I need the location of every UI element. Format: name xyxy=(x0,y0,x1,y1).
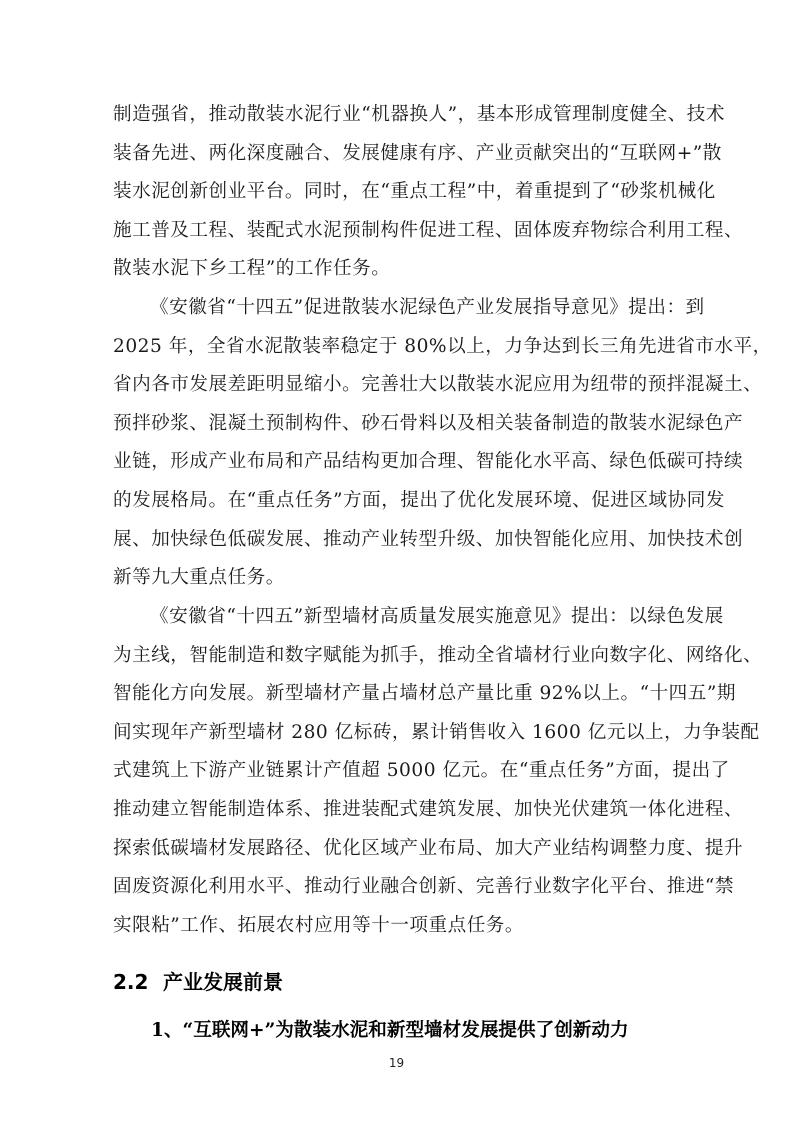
subheading: 1、“互联网+”为散装水泥和新型墙材发展提供了创新动力 xyxy=(151,1016,629,1042)
text-line: 推动建立智能制造体系、推进装配式建筑发展、加快光伏建筑一体化进程、 xyxy=(113,791,681,830)
text-line: 《安徽省“十四五”新型墙材高质量发展实施意见》提出：以绿色发展 xyxy=(113,598,681,637)
document-page: 制造强省，推动散装水泥行业“机器换人”，基本形成管理制度健全、技术 装备先进、两… xyxy=(0,0,793,1122)
section-heading: 2.2产业发展前景 xyxy=(113,966,283,995)
text-line: 式建筑上下游产业链累计产值超 5000 亿元。在“重点任务”方面，提出了 xyxy=(113,752,681,791)
text-line: 展、加快绿色低碳发展、推动产业转型升级、加快智能化应用、加快技术创 xyxy=(113,521,681,560)
text-line: 实限粘”工作、拓展农村应用等十一项重点任务。 xyxy=(113,907,681,946)
text-line: 智能化方向发展。新型墙材产量占墙材总产量比重 92%以上。“十四五”期 xyxy=(113,675,681,714)
paragraph-3: 《安徽省“十四五”新型墙材高质量发展实施意见》提出：以绿色发展 为主线，智能制造… xyxy=(113,598,681,945)
page-number: 19 xyxy=(0,1056,793,1070)
text-line: 固废资源化利用水平、推动行业融合创新、完善行业数字化平台、推进“禁 xyxy=(113,868,681,907)
text-line: 装备先进、两化深度融合、发展健康有序、产业贡献突出的“互联网+”散 xyxy=(113,135,681,174)
text-line: 新等九大重点任务。 xyxy=(113,559,681,598)
text-line: 施工普及工程、装配式水泥预制构件促进工程、固体废弃物综合利用工程、 xyxy=(113,212,681,251)
section-number: 2.2 xyxy=(113,970,163,994)
paragraph-2: 《安徽省“十四五”促进散装水泥绿色产业发展指导意见》提出：到 2025 年，全省… xyxy=(113,289,681,598)
text-line: 2025 年，全省水泥散装率稳定于 80%以上，力争达到长三角先进省市水平， xyxy=(113,328,681,367)
text-line: 预拌砂浆、混凝土预制构件、砂石骨料以及相关装备制造的散装水泥绿色产 xyxy=(113,405,681,444)
text-line: 《安徽省“十四五”促进散装水泥绿色产业发展指导意见》提出：到 xyxy=(113,289,681,328)
text-line: 装水泥创新创业平台。同时，在“重点工程”中，着重提到了“砂浆机械化 xyxy=(113,173,681,212)
text-line: 省内各市发展差距明显缩小。完善壮大以散装水泥应用为纽带的预拌混凝土、 xyxy=(113,366,681,405)
text-line: 的发展格局。在“重点任务”方面，提出了优化发展环境、促进区域协同发 xyxy=(113,482,681,521)
text-line: 制造强省，推动散装水泥行业“机器换人”，基本形成管理制度健全、技术 xyxy=(113,96,681,135)
text-line: 探索低碳墙材发展路径、优化区域产业布局、加大产业结构调整力度、提升 xyxy=(113,830,681,869)
section-title: 产业发展前景 xyxy=(163,970,283,994)
text-line: 间实现年产新型墙材 280 亿标砖，累计销售收入 1600 亿元以上，力争装配 xyxy=(113,714,681,753)
text-line: 散装水泥下乡工程”的工作任务。 xyxy=(113,250,681,289)
text-line: 为主线，智能制造和数字赋能为抓手，推动全省墙材行业向数字化、网络化、 xyxy=(113,637,681,676)
paragraph-1: 制造强省，推动散装水泥行业“机器换人”，基本形成管理制度健全、技术 装备先进、两… xyxy=(113,96,681,289)
text-line: 业链，形成产业布局和产品结构更加合理、智能化水平高、绿色低碳可持续 xyxy=(113,443,681,482)
